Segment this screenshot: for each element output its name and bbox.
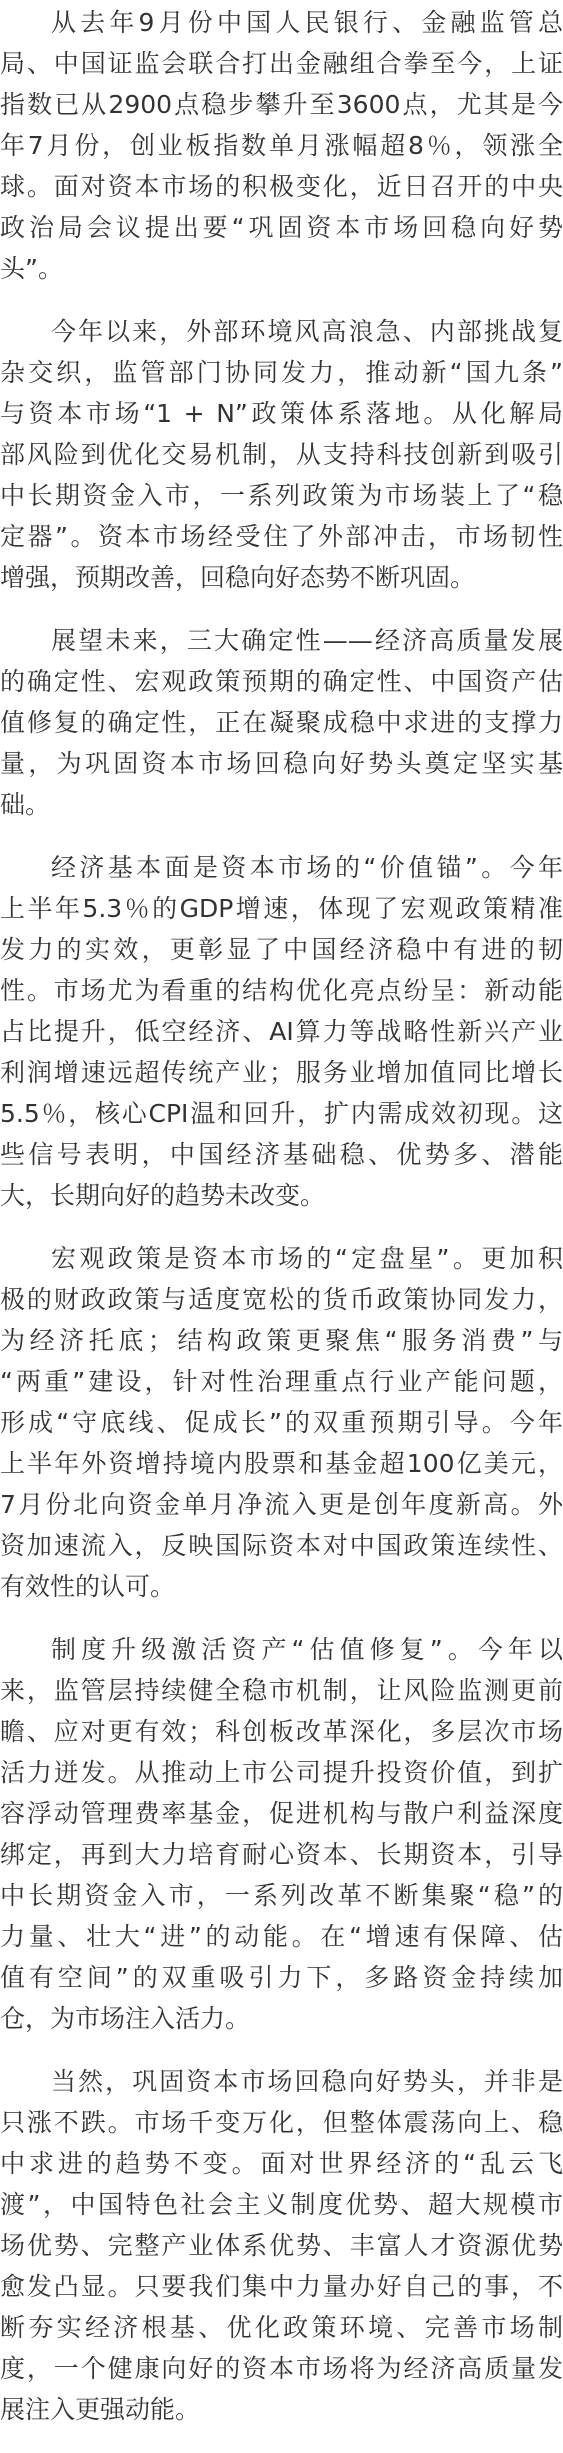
- text-line: 愈发凸显。只要我们集中力量办好自己的事，不: [0, 2266, 563, 2307]
- article-body: 从去年9月份中国人民银行、金融监管总 局、中国证监会联合打出金融组合拳至今，上证…: [0, 0, 563, 2430]
- paragraph-2: 今年以来，外部环境风高浪急、内部挑战复 杂交织，监管部门协同发力，推动新“国九条…: [0, 311, 563, 598]
- paragraph-3: 展望未来，三大确定性——经济高质量发展 的确定性、宏观政策预期的确定性、中国资产…: [0, 620, 563, 825]
- text-line: 发力的实效，更彰显了中国经济稳中有进的韧: [0, 929, 563, 970]
- text-line: 只涨不跌。市场千变万化，但整体震荡向上、稳: [0, 2102, 563, 2143]
- text-line: 局、中国证监会联合打出金融组合拳至今，上证: [0, 43, 563, 84]
- text-line: 形成“守底线、促成长”的双重预期引导。今年: [0, 1402, 563, 1443]
- text-line: 瞻、应对更有效；科创板改革深化，多层次市场: [0, 1711, 563, 1752]
- text-line: 度，一个健康向好的资本市场将为经济高质量发: [0, 2348, 563, 2389]
- paragraph-5: 宏观政策是资本市场的“定盘星”。更加积 极的财政政策与适度宽松的货币政策协同发力…: [0, 1238, 563, 1607]
- text-line: 宏观政策是资本市场的“定盘星”。更加积: [0, 1238, 563, 1279]
- text-line: 今年以来，外部环境风高浪急、内部挑战复: [0, 311, 563, 352]
- text-line: 占比提升，低空经济、AI算力等战略性新兴产业: [0, 1011, 563, 1052]
- text-line: 断夯实经济根基、优化政策环境、完善市场制: [0, 2307, 563, 2348]
- text-line: 当然，巩固资本市场回稳向好势头，并非是: [0, 2061, 563, 2102]
- text-line: 7月份北向资金单月净流入更是创年度新高。外: [0, 1484, 563, 1525]
- text-line: 渡”，中国特色社会主义制度优势、超大规模市: [0, 2184, 563, 2225]
- text-line: 上半年外资增持境内股票和基金超100亿美元，: [0, 1443, 563, 1484]
- text-line: 极的财政政策与适度宽松的货币政策协同发力，: [0, 1279, 563, 1320]
- text-line: 些信号表明，中国经济基础稳、优势多、潜能: [0, 1134, 563, 1175]
- text-line: 球。面对资本市场的积极变化，近日召开的中央: [0, 166, 563, 207]
- text-line: 制度升级激活资产“估值修复”。今年以: [0, 1629, 563, 1670]
- text-line: 经济基本面是资本市场的“价值锚”。今年: [0, 847, 563, 888]
- text-line: 与资本市场“1 + N”政策体系落地。从化解局: [0, 393, 563, 434]
- paragraph-1: 从去年9月份中国人民银行、金融监管总 局、中国证监会联合打出金融组合拳至今，上证…: [0, 2, 563, 289]
- paragraph-6: 制度升级激活资产“估值修复”。今年以 来，监管层持续健全稳市机制，让风险监测更前…: [0, 1629, 563, 2039]
- text-line: 值修复的确定性，正在凝聚成稳中求进的支撑力: [0, 702, 563, 743]
- text-line: 增强，预期改善，回稳向好态势不断巩固。: [0, 557, 563, 598]
- text-line: 头”。: [0, 248, 563, 289]
- text-line: 杂交织，监管部门协同发力，推动新“国九条”: [0, 352, 563, 393]
- text-line: 性。市场尤为看重的结构优化亮点纷呈：新动能: [0, 970, 563, 1011]
- text-line: 仓，为市场注入活力。: [0, 1998, 563, 2039]
- text-line: 量，为巩固资本市场回稳向好势头奠定坚实基: [0, 743, 563, 784]
- text-line: 的确定性、宏观政策预期的确定性、中国资产估: [0, 661, 563, 702]
- text-line: 资加速流入，反映国际资本对中国政策连续性、: [0, 1525, 563, 1566]
- text-line: 展注入更强动能。: [0, 2389, 563, 2430]
- text-line: 定器”。资本市场经受住了外部冲击，市场韧性: [0, 516, 563, 557]
- text-line: 5.5％，核心CPI温和回升，扩内需成效初现。这: [0, 1093, 563, 1134]
- text-line: 为经济托底；结构政策更聚焦“服务消费”与: [0, 1320, 563, 1361]
- text-line: 年7月份，创业板指数单月涨幅超8％，领涨全: [0, 125, 563, 166]
- text-line: 政治局会议提出要“巩固资本市场回稳向好势: [0, 207, 563, 248]
- text-line: 中求进的趋势不变。面对世界经济的“乱云飞: [0, 2143, 563, 2184]
- text-line: 从去年9月份中国人民银行、金融监管总: [0, 2, 563, 43]
- paragraph-4: 经济基本面是资本市场的“价值锚”。今年 上半年5.3％的GDP增速，体现了宏观政…: [0, 847, 563, 1216]
- text-line: 有效性的认可。: [0, 1566, 563, 1607]
- text-line: 利润增速远超传统产业；服务业增加值同比增长: [0, 1052, 563, 1093]
- text-line: “两重”建设，针对性治理重点行业产能问题，: [0, 1361, 563, 1402]
- text-line: 容浮动管理费率基金，促进机构与散户利益深度: [0, 1793, 563, 1834]
- paragraph-7: 当然，巩固资本市场回稳向好势头，并非是 只涨不跌。市场千变万化，但整体震荡向上、…: [0, 2061, 563, 2430]
- text-line: 中长期资金入市，一系列改革不断集聚“稳”的: [0, 1875, 563, 1916]
- text-line: 力量、壮大“进”的动能。在“增速有保障、估: [0, 1916, 563, 1957]
- text-line: 础。: [0, 784, 563, 825]
- text-line: 指数已从2900点稳步攀升至3600点，尤其是今: [0, 84, 563, 125]
- text-line: 绑定，再到大力培育耐心资本、长期资本，引导: [0, 1834, 563, 1875]
- text-line: 来，监管层持续健全稳市机制，让风险监测更前: [0, 1670, 563, 1711]
- text-line: 部风险到优化交易机制，从支持科技创新到吸引: [0, 434, 563, 475]
- text-line: 上半年5.3％的GDP增速，体现了宏观政策精准: [0, 888, 563, 929]
- text-line: 值有空间”的双重吸引力下，多路资金持续加: [0, 1957, 563, 1998]
- text-line: 场优势、完整产业体系优势、丰富人才资源优势: [0, 2225, 563, 2266]
- text-line: 大，长期向好的趋势未改变。: [0, 1175, 563, 1216]
- text-line: 展望未来，三大确定性——经济高质量发展: [0, 620, 563, 661]
- text-line: 中长期资金入市，一系列政策为市场装上了“稳: [0, 475, 563, 516]
- text-line: 活力迸发。从推动上市公司提升投资价值，到扩: [0, 1752, 563, 1793]
